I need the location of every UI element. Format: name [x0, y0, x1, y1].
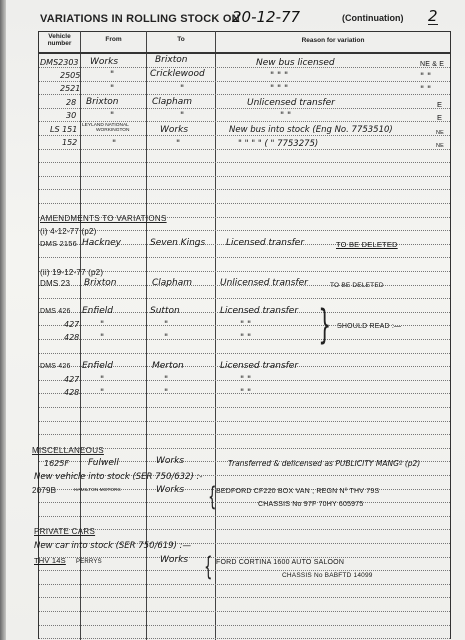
from-depot: ": [100, 333, 104, 343]
reason: " ": [240, 320, 251, 330]
reason: New bus licensed: [256, 58, 335, 68]
should-read-note: SHOULD READ :—: [337, 322, 401, 332]
from-depot: ": [100, 375, 104, 385]
vehicle-number: 1625F: [44, 459, 69, 469]
to-depot: ": [176, 139, 180, 149]
vehicle-number: DMS 426: [40, 362, 71, 372]
from-depot: LEYLAND NATIONALWORKINGTON: [82, 123, 130, 133]
vehicle-number: 30: [66, 111, 76, 121]
ruled-line: [39, 108, 450, 109]
to-depot: ": [164, 388, 168, 398]
reason: Licensed transfer: [220, 361, 298, 371]
delete-note: TO BE DELETED: [330, 281, 384, 291]
ruled-line: [39, 625, 450, 626]
ruled-line: [39, 121, 450, 122]
to-depot: Clapham: [152, 278, 192, 288]
new-car-note: New car into stock (SER 750/619) :—: [34, 541, 191, 551]
to-depot: ": [164, 320, 168, 330]
from-depot: PERRYS: [76, 557, 102, 567]
vehicle-number: 152: [62, 138, 77, 148]
amendment-reference: (ii) 19-12-77 (p2): [40, 268, 103, 278]
reason: Unlicensed transfer: [247, 98, 335, 108]
ruled-line: [39, 502, 450, 503]
vehicle-number: 427: [64, 375, 79, 385]
ruled-line: [39, 298, 450, 299]
from-depot: Enfield: [82, 306, 113, 316]
to-depot: Seven Kings: [150, 238, 205, 248]
vehicle-number: 2521: [60, 84, 80, 94]
to-depot: ": [164, 333, 168, 343]
to-depot: Works: [156, 485, 184, 495]
from-depot: ": [110, 70, 114, 80]
vehicle-number: 2079B: [32, 486, 56, 496]
ruled-line: [39, 611, 450, 612]
ruled-line: [39, 516, 450, 517]
to-depot: Clapham: [152, 97, 192, 107]
from-depot: ": [112, 139, 116, 149]
code: " ": [420, 72, 431, 82]
from-depot: ": [100, 388, 104, 398]
right-brace: }: [318, 303, 331, 347]
continuation-label: (Continuation): [342, 13, 403, 23]
header-to: To: [147, 36, 215, 43]
from-depot: Enfield: [82, 361, 113, 371]
ruled-line: [39, 421, 450, 422]
ruled-line: [39, 81, 450, 82]
ruled-line: [39, 570, 450, 571]
ruled-line: [39, 189, 450, 190]
left-brace: {: [204, 553, 212, 581]
from-depot: ": [110, 84, 114, 94]
code: E: [437, 100, 442, 110]
reason: " " ": [270, 84, 288, 94]
to-depot: Cricklewood: [150, 69, 205, 79]
ruled-line: [39, 638, 450, 639]
vehicle-number: 427: [64, 320, 79, 330]
vehicle-number: THV 14S: [34, 556, 66, 566]
vehicle-description: BEDFORD CF220 BOX VAN ; REGN Nº THV 79S: [216, 487, 379, 497]
reason: " " " " ( " 7753275): [238, 139, 318, 149]
vehicle-number: LS 151: [50, 125, 77, 135]
reason: Licensed transfer: [220, 306, 298, 316]
to-depot: ": [164, 375, 168, 385]
code: E: [437, 113, 442, 123]
to-depot: Brixton: [155, 55, 187, 65]
vehicle-number: DMS 2156: [40, 239, 77, 249]
to-depot: Merton: [152, 361, 184, 371]
vehicle-number: 28: [66, 98, 76, 108]
to-depot: Works: [160, 555, 188, 565]
vehicle-description: FORD CORTINA 1600 AUTO SALOON: [216, 558, 344, 568]
vehicle-number: DMS 426: [40, 307, 71, 317]
ruled-line: [39, 353, 450, 354]
to-depot: Sutton: [150, 306, 180, 316]
code: NE: [436, 128, 444, 138]
code: NE & E: [420, 60, 444, 70]
section-heading-miscellaneous: MISCELLANEOUS: [32, 446, 104, 455]
vehicle-number: 428: [64, 388, 79, 398]
code: NE: [436, 141, 444, 151]
from-depot: Works: [90, 57, 118, 67]
from-depot: ": [100, 320, 104, 330]
vehicle-number: DMS2303: [40, 58, 79, 68]
header-rule: [38, 52, 451, 54]
section-heading-private-cars: PRIVATE CARS: [34, 527, 95, 536]
vehicle-number: 2505: [60, 71, 80, 81]
ruled-line: [39, 597, 450, 598]
vehicle-number: DMS 23: [40, 279, 70, 289]
from-depot: Fulwell: [88, 458, 119, 468]
ruled-line: [39, 203, 450, 204]
to-depot: Works: [156, 456, 184, 466]
reason: Transferred & delicensed as PUBLICITY MA…: [228, 459, 420, 469]
ruled-line: [39, 67, 450, 68]
header-reason: Reason for variation: [216, 37, 450, 44]
ruled-line: [39, 584, 450, 585]
from-depot: HAMILTON MOTORS: [74, 488, 121, 493]
amendment-reference: (i) 4-12-77 (p2): [40, 227, 97, 237]
to-depot: ": [180, 84, 184, 94]
reason: " " ": [270, 71, 288, 81]
form-date: 20-12-77: [232, 8, 300, 26]
binding-edge: [0, 0, 6, 640]
ruled-line: [39, 407, 450, 408]
code: " ": [420, 85, 431, 95]
to-depot: Works: [160, 125, 188, 135]
ruled-line: [39, 149, 450, 150]
ruled-line: [39, 257, 450, 258]
from-depot: ": [110, 111, 114, 121]
form-title: VARIATIONS IN ROLLING STOCK ON: [40, 13, 240, 25]
header-vehicle-number: Vehiclenumber: [39, 33, 80, 47]
chassis-number: CHASSIS No 97F 70HY 605975: [258, 500, 363, 510]
page-number: 2: [428, 8, 438, 25]
ruled-line: [39, 94, 450, 95]
reason: Licensed transfer: [226, 238, 304, 248]
section-heading-amendments: AMENDMENTS TO VARIATIONS: [40, 214, 167, 223]
to-depot: ": [180, 111, 184, 121]
reason: New bus into stock (Eng No. 7753510): [229, 125, 393, 135]
ruled-line: [39, 162, 450, 163]
reason: " ": [240, 333, 251, 343]
vehicle-number: 428: [64, 333, 79, 343]
ruled-line: [39, 434, 450, 435]
reason: " ": [240, 375, 251, 385]
column-divider: [215, 31, 216, 640]
from-depot: Hackney: [82, 238, 121, 248]
from-depot: Brixton: [84, 278, 116, 288]
ruled-line: [39, 230, 450, 231]
reason: Unlicensed transfer: [220, 278, 308, 288]
new-vehicle-note: New vehicle into stock (SER 750/632) :-: [34, 472, 202, 482]
reason: " ": [240, 388, 251, 398]
reason: " ": [280, 111, 291, 121]
delete-note: TO BE DELETED: [336, 240, 398, 250]
ruled-line: [39, 135, 450, 136]
ruled-line: [39, 529, 450, 530]
header-from: From: [81, 36, 146, 43]
from-depot: Brixton: [86, 97, 118, 107]
chassis-number: CHASSIS No BABFTD 14099: [282, 571, 373, 581]
ledger-page: VARIATIONS IN ROLLING STOCK ON 20-12-77 …: [0, 0, 465, 640]
ruled-line: [39, 176, 450, 177]
